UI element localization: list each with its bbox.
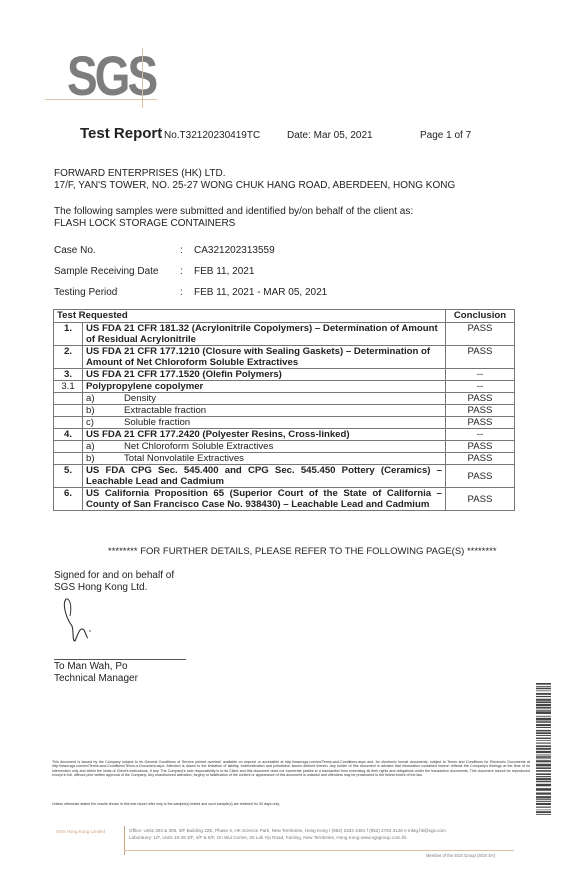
sub-letter: b) [86,453,124,464]
footer-rule [124,850,514,851]
header-test-requested: Test Requested [54,310,446,323]
sub-test: c)Soluble fraction [83,417,446,429]
footer-laboratory: Laboratory: 1/F, Units 16-29 3/F, 4/F & … [129,835,446,842]
intro-text: The following samples were submitted and… [54,206,413,218]
info-colon: : [180,266,194,277]
info-value: CA321202313559 [194,245,275,256]
table-row: 1.US FDA 21 CFR 181.32 (Acrylonitrile Co… [54,323,515,346]
sample-retention-note: Unless otherwise stated the results show… [52,802,530,806]
conclusion: PASS [446,488,515,511]
test-description: US FDA 21 CFR 177.2420 (Polyester Resins… [83,429,446,441]
conclusion: PASS [446,417,515,429]
signed-line-2: SGS Hong Kong Ltd. [54,582,174,594]
signer-name: To Man Wah, Po [54,661,138,673]
sgs-logo: SGS [62,52,172,104]
footer-company: SGS Hong Kong Limited [56,829,105,834]
table-row: b)Extractable fractionPASS [54,405,515,417]
sample-intro: The following samples were submitted and… [54,206,413,230]
conclusion: PASS [446,405,515,417]
info-row-receiving-date: Sample Receiving Date : FEB 11, 2021 [54,261,327,282]
further-details-note: ******** FOR FURTHER DETAILS, PLEASE REF… [108,546,497,557]
table-header-row: Test Requested Conclusion [54,310,515,323]
member-note: Member of the SGS Group (SGS SA) [426,853,495,858]
conclusion: PASS [446,453,515,465]
conclusion: -- [446,429,515,441]
info-label: Case No. [54,245,180,256]
sub-desc: Total Nonvolatile Extractives [124,453,244,464]
test-description: Polypropylene copolymer [83,381,446,393]
test-description: US California Proposition 65 (Superior C… [83,488,446,511]
table-row: c)Soluble fractionPASS [54,417,515,429]
footer: SGS Hong Kong Limited Office: Units 303 … [54,826,524,850]
header-conclusion: Conclusion [446,310,515,323]
info-colon: : [180,287,194,298]
test-description: US FDA 21 CFR 177.1210 (Closure with Sea… [83,346,446,369]
sub-desc: Soluble fraction [124,417,190,428]
conclusion: PASS [446,323,515,346]
sub-desc: Extractable fraction [124,405,206,416]
test-description: US FDA 21 CFR 177.1520 (Olefin Polymers) [83,369,446,381]
logo-vertical-rule [142,48,143,108]
tests-table: Test Requested Conclusion 1.US FDA 21 CF… [53,309,515,511]
info-colon: : [180,245,194,256]
case-info: Case No. : CA321202313559 Sample Receivi… [54,240,327,303]
client-address: 17/F, YAN'S TOWER, NO. 25-27 WONG CHUK H… [54,180,455,192]
signature-icon [60,596,100,646]
table-row: a)DensityPASS [54,393,515,405]
sub-test: b)Total Nonvolatile Extractives [83,453,446,465]
barcode-icon [536,683,551,816]
sample-name: FLASH LOCK STORAGE CONTAINERS [54,218,413,230]
table-row: a)Net Chloroform Soluble ExtractivesPASS [54,441,515,453]
item-number: 1. [54,323,83,346]
item-number: 3.1 [54,381,83,393]
footer-office: Office: Units 303 & 305, 3/F Building 22… [129,828,446,835]
disclaimer-text: This document is issued by the Company s… [52,760,530,777]
info-value: FEB 11, 2021 [194,266,254,277]
info-label: Sample Receiving Date [54,266,180,277]
signature-line [54,659,186,660]
item-number: 6. [54,488,83,511]
signed-line-1: Signed for and on behalf of [54,570,174,582]
page-indicator: Page 1 of 7 [420,130,471,141]
table-row: 2.US FDA 21 CFR 177.1210 (Closure with S… [54,346,515,369]
sub-letter: a) [86,393,124,404]
signer-title: Technical Manager [54,673,138,685]
item-number [54,393,83,405]
conclusion: -- [446,381,515,393]
conclusion: PASS [446,441,515,453]
sub-desc: Net Chloroform Soluble Extractives [124,441,273,452]
conclusion: PASS [446,393,515,405]
client-name: FORWARD ENTERPRISES (HK) LTD. [54,168,455,180]
item-number [54,441,83,453]
item-number [54,405,83,417]
logo-horizontal-rule [45,99,157,100]
conclusion: -- [446,369,515,381]
item-number: 4. [54,429,83,441]
conclusion: PASS [446,346,515,369]
table-row: 4.US FDA 21 CFR 177.2420 (Polyester Resi… [54,429,515,441]
report-title: Test Report [80,125,162,142]
item-number [54,453,83,465]
item-number: 5. [54,465,83,488]
signed-on-behalf: Signed for and on behalf of SGS Hong Kon… [54,570,174,594]
info-row-case-no: Case No. : CA321202313559 [54,240,327,261]
info-row-testing-period: Testing Period : FEB 11, 2021 - MAR 05, … [54,282,327,303]
table-row: 3.1Polypropylene copolymer-- [54,381,515,393]
sub-test: a)Density [83,393,446,405]
info-label: Testing Period [54,287,180,298]
signer: To Man Wah, Po Technical Manager [54,661,138,685]
test-description: US FDA 21 CFR 181.32 (Acrylonitrile Copo… [83,323,446,346]
info-value: FEB 11, 2021 - MAR 05, 2021 [194,287,327,298]
report-number: No.T32120230419TC [164,130,260,141]
table-row: 6.US California Proposition 65 (Superior… [54,488,515,511]
item-number: 2. [54,346,83,369]
footer-addresses: Office: Units 303 & 305, 3/F Building 22… [129,828,446,841]
table-row: 3.US FDA 21 CFR 177.1520 (Olefin Polymer… [54,369,515,381]
sub-desc: Density [124,393,156,404]
test-description: US FDA CPG Sec. 545.400 and CPG Sec. 545… [83,465,446,488]
sub-test: a)Net Chloroform Soluble Extractives [83,441,446,453]
table-row: b)Total Nonvolatile ExtractivesPASS [54,453,515,465]
conclusion: PASS [446,465,515,488]
sub-test: b)Extractable fraction [83,405,446,417]
sub-letter: c) [86,417,124,428]
report-date: Date: Mar 05, 2021 [287,130,373,141]
sub-letter: a) [86,441,124,452]
client-block: FORWARD ENTERPRISES (HK) LTD. 17/F, YAN'… [54,168,455,192]
table-row: 5.US FDA CPG Sec. 545.400 and CPG Sec. 5… [54,465,515,488]
item-number [54,417,83,429]
sub-letter: b) [86,405,124,416]
item-number: 3. [54,369,83,381]
